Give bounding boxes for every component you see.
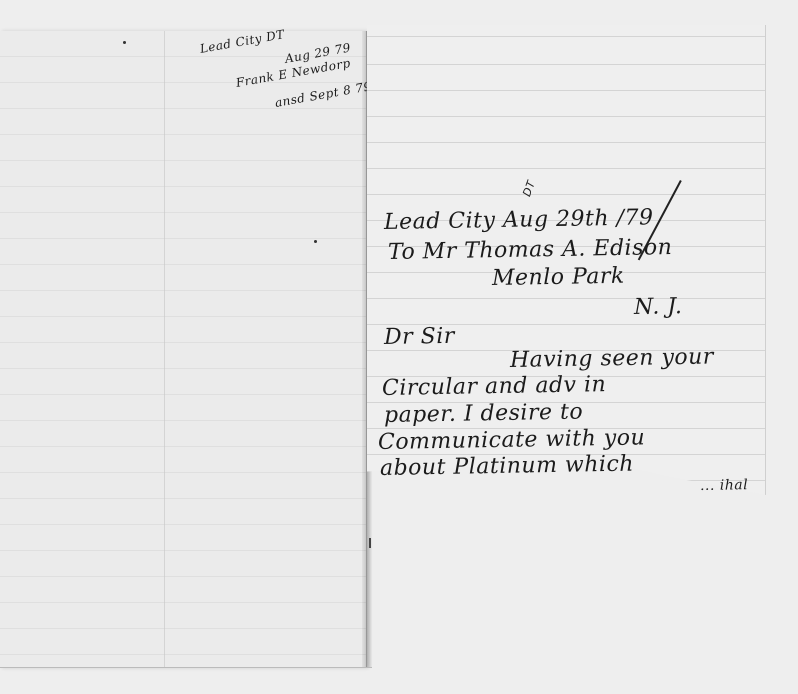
body-line: Communicate with you xyxy=(378,425,646,455)
ink-dot xyxy=(314,240,317,243)
left-page xyxy=(0,31,367,668)
body-line: about Platinum which xyxy=(380,452,634,481)
ink-dot xyxy=(123,41,126,44)
address-state: N. J. xyxy=(634,294,683,320)
address-town: Menlo Park xyxy=(492,264,625,291)
body-line-fragment: ... ihal xyxy=(700,477,748,494)
letter-salutation: Dr Sir xyxy=(384,324,455,350)
body-line: Having seen your xyxy=(510,344,714,373)
body-line: paper. I desire to xyxy=(384,400,584,428)
left-page-bottom-edge xyxy=(0,667,372,668)
letter-place-date: Lead City Aug 29th /79 xyxy=(384,205,654,235)
address-recipient: To Mr Thomas A. Edison xyxy=(388,235,673,265)
margin-mark xyxy=(369,538,371,548)
body-line: Circular and adv in xyxy=(382,372,607,401)
